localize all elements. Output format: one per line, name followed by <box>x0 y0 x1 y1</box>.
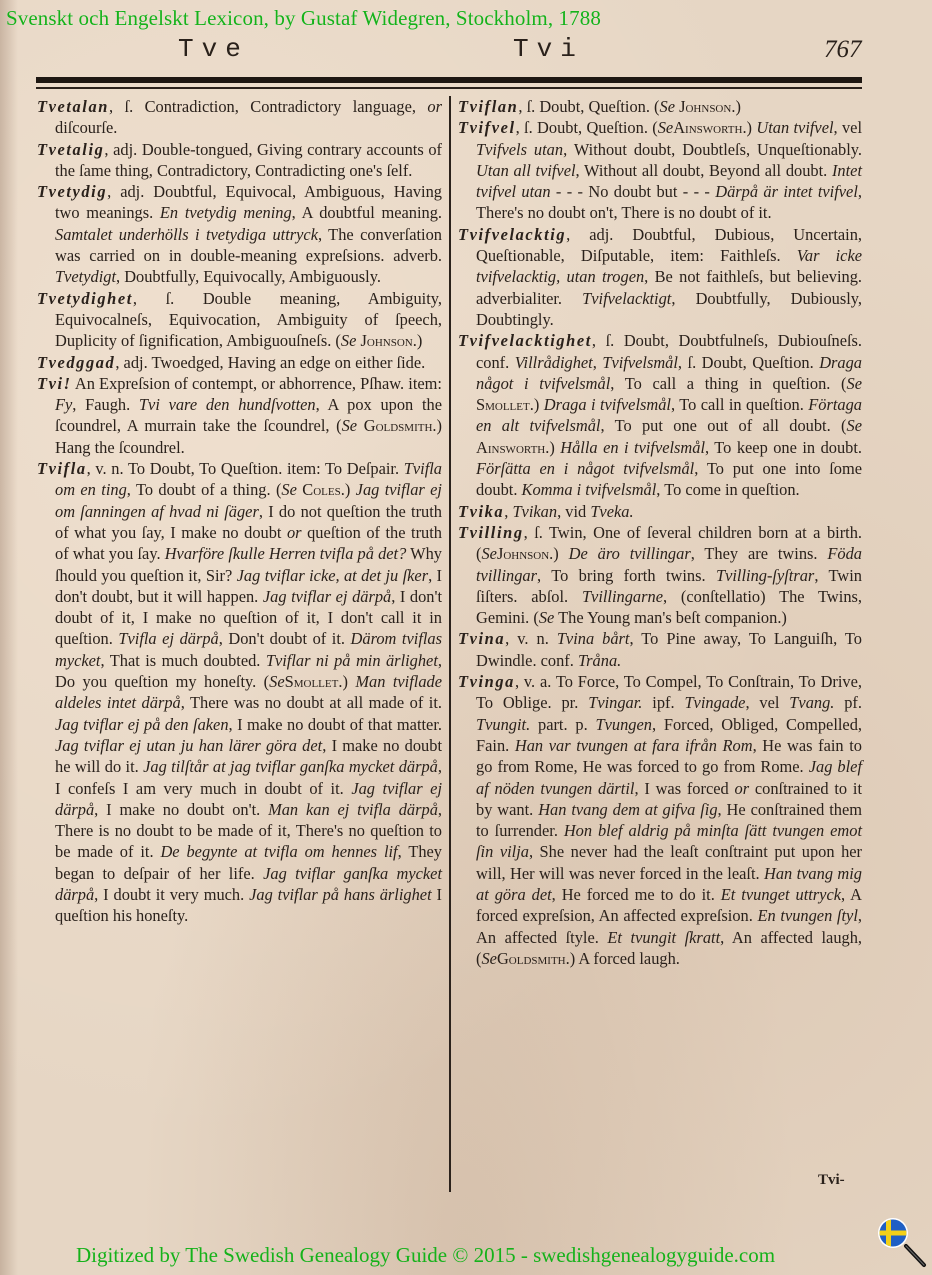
source-citation: Johnson. <box>361 331 417 350</box>
swedish-phrase: Utan tvifvel <box>756 118 833 137</box>
swedish-phrase: De begynte at tvifla om hennes lif <box>160 842 397 861</box>
definition-text: , I make no doubt of that matter. <box>229 715 442 734</box>
headword: Tvinga <box>458 672 515 691</box>
column-divider <box>449 96 451 1192</box>
swedish-phrase: Se <box>342 416 357 435</box>
dictionary-entry: Tvetydighet, ſ. Double meaning, Ambiguit… <box>37 288 442 352</box>
headword: Tvifvelacktighet <box>458 331 592 350</box>
definition-text: , ſ. Contradiction, Contradictory langua… <box>109 97 427 116</box>
swedish-phrase: Tvi vare den hundſvotten <box>139 395 316 414</box>
dictionary-entry: Tvetalan, ſ. Contradiction, Contradictor… <box>37 96 442 139</box>
dictionary-entry: Tvetydig, adj. Doubtful, Equivocal, Ambi… <box>37 181 442 287</box>
definition-text: , adj. Double-tongued, Giving contrary a… <box>55 140 442 180</box>
source-citation: Ainsworth. <box>476 438 549 457</box>
swedish-phrase: or <box>735 779 750 798</box>
swedish-phrase: Tvang. <box>789 693 834 712</box>
definition-text: ) <box>534 395 544 414</box>
swedish-phrase: Tvina bårt <box>557 629 630 648</box>
headword: Tvilling <box>458 523 524 542</box>
definition-text: , vel <box>834 118 862 137</box>
definition-text: , vel <box>745 693 789 712</box>
definition-text: , ſ. Doubt, Queſtion. ( <box>516 118 658 137</box>
swedish-phrase: Se <box>847 374 862 393</box>
definition-text: ) <box>342 672 355 691</box>
swedish-phrase: Tvingade <box>684 693 745 712</box>
swedish-phrase: Fy <box>55 395 72 414</box>
headword: Tvika <box>458 502 504 521</box>
definition-text: , To bring forth twins. <box>537 566 716 585</box>
definition-text: , ſ. Doubt, Queſtion. <box>678 353 819 372</box>
definition-text: , Faugh. <box>72 395 139 414</box>
definition-text: ipf. <box>642 693 684 712</box>
definition-text: ) <box>747 118 757 137</box>
dictionary-entry: Tvinga, v. a. To Force, To Compel, To Co… <box>458 671 862 969</box>
swedish-phrase: Tvifvels utan <box>476 140 563 159</box>
definition-text: The Young man's beſt companion.) <box>554 608 787 627</box>
definition-text: diſcourſe. <box>55 118 117 137</box>
source-citation: Goldsmith. <box>364 416 437 435</box>
source-citation: Ainsworth. <box>673 118 746 137</box>
definition-text <box>357 416 364 435</box>
swedish-phrase: En tvetydig mening <box>160 203 292 222</box>
definition-text: , <box>593 353 603 372</box>
swedish-phrase: Tvingar. <box>588 693 642 712</box>
swedish-phrase: Tvilling-ſyſtrar <box>716 566 814 585</box>
swedish-phrase: Jag tviflar ej därpå <box>263 587 391 606</box>
definition-text: , That is much doubted. <box>101 651 266 670</box>
swedish-phrase: Tvifvelsmål <box>602 353 678 372</box>
swedish-phrase: Se <box>847 416 862 435</box>
swedish-phrase: Jag tviflar på hans ärlighet <box>249 885 432 904</box>
swedish-phrase: Tråna. <box>578 651 621 670</box>
headword: Tvetalig <box>37 140 104 159</box>
definition-text: , A doubtful meaning. <box>292 203 442 222</box>
swedish-phrase: Komma i tvifvelsmål <box>522 480 657 499</box>
page-number: 767 <box>824 36 862 64</box>
definition-text: , Without all doubt, Beyond all doubt. <box>576 161 832 180</box>
definition-text: , To keep one in doubt. <box>705 438 862 457</box>
definition-text: , He forced me to do it. <box>552 885 721 904</box>
catchword: Tvi- <box>818 1172 845 1189</box>
source-citation: Coles. <box>302 480 345 499</box>
swedish-phrase: Villrådighet <box>515 353 593 372</box>
definition-text: , There was no doubt at all made of it. <box>181 693 442 712</box>
swedish-phrase: Jag tilſtår at jag tviflar ganſka mycket… <box>143 757 438 776</box>
definition-text: ) <box>553 544 568 563</box>
dictionary-entry: Tvifvelacktig, adj. Doubtful, Dubious, U… <box>458 224 862 330</box>
swedish-phrase: Tvifvelacktigt <box>582 289 671 308</box>
definition-text: ) A forced laugh. <box>570 949 680 968</box>
swedish-phrase: Se <box>539 608 554 627</box>
swedish-phrase: Han var tvungen at fara ifrån Rom <box>515 736 753 755</box>
swedish-phrase: Se <box>481 949 496 968</box>
running-head: Tve Tvi 767 <box>0 34 932 66</box>
swedish-phrase: Förſätta en i något tvifvelsmål <box>476 459 694 478</box>
swedish-phrase: Tvikan <box>512 502 557 521</box>
definition-text: , Doubtfully, Equivocally, Ambiguously. <box>116 267 381 286</box>
swedish-phrase: Et tvunget uttryck <box>721 885 841 904</box>
headword: Tvifvel <box>458 118 516 137</box>
swedish-phrase: Tvungit. <box>476 715 530 734</box>
header-rule-thick <box>36 77 862 83</box>
definition-text: - - - No doubt but - - - <box>551 182 716 201</box>
dictionary-entry: Tvika, Tvikan, vid Tveka. <box>458 501 862 522</box>
swedish-phrase: Tvungen <box>595 715 651 734</box>
definition-text: ) <box>345 480 356 499</box>
headword: Tviflan <box>458 97 518 116</box>
swedish-phrase: Hålla en i tvifvelsmål <box>560 438 705 457</box>
headword: Tvetydig <box>37 182 107 201</box>
running-head-right: Tvi <box>513 34 584 64</box>
definition-text: ) <box>417 331 422 350</box>
headword: Tvetalan <box>37 97 109 116</box>
definition-text: , To call in queſtion. <box>671 395 808 414</box>
dictionary-entry: Tviflan, ſ. Doubt, Queſtion. (Se Johnson… <box>458 96 862 117</box>
definition-text: , To doubt of a thing. ( <box>127 480 282 499</box>
headword: Tvetydighet <box>37 289 133 308</box>
swedish-phrase: Tvifla ej därpå <box>118 629 218 648</box>
definition-text: , I was forced <box>634 779 734 798</box>
source-citation: Johnson. <box>497 544 553 563</box>
swedish-phrase: Se <box>658 118 673 137</box>
dictionary-entry: Tvilling, ſ. Twin, One of ſeveral childr… <box>458 522 862 628</box>
definition-text: , I make no doubt on't. <box>94 800 268 819</box>
swedish-phrase: Han tvang dem at gifva ſig <box>538 800 717 819</box>
left-column: Tvetalan, ſ. Contradiction, Contradictor… <box>37 96 442 927</box>
swedish-flag-magnifier-icon <box>876 1216 928 1268</box>
swedish-phrase: Jag tviflar icke, at det ju ſker <box>237 566 428 585</box>
swedish-phrase: Tveka. <box>590 502 633 521</box>
definition-text: , To put one out of all doubt. ( <box>600 416 846 435</box>
headword: Tvedggad <box>37 353 115 372</box>
source-citation: Johnson. <box>679 97 735 116</box>
swedish-phrase: Et tvungit ſkratt <box>607 928 720 947</box>
right-column: Tviflan, ſ. Doubt, Queſtion. (Se Johnson… <box>458 96 862 969</box>
definition-text: , Don't doubt of it. <box>219 629 351 648</box>
definition-text: part. p. <box>530 715 595 734</box>
dictionary-entry: Tvifvelacktighet, ſ. Doubt, Doubtfulneſs… <box>458 330 862 500</box>
swedish-phrase: Tvillingarne <box>582 587 663 606</box>
dictionary-entry: Tvifla, v. n. To Doubt, To Queſtion. ite… <box>37 458 442 927</box>
definition-text: An Expreſsion of contempt, or abhorrence… <box>72 374 442 393</box>
swedish-phrase: Se <box>281 480 296 499</box>
swedish-phrase: Jag tviflar ej utan ju han lärer göra de… <box>55 736 322 755</box>
swedish-phrase: En tvungen ſtyl <box>758 906 858 925</box>
swedish-phrase: Se <box>481 544 496 563</box>
definition-text: , adj. Twoedged, Having an edge on eithe… <box>115 353 425 372</box>
digitized-footer: Digitized by The Swedish Genealogy Guide… <box>76 1243 775 1268</box>
page-edge-shadow <box>0 0 18 1275</box>
header-rule-thin <box>36 87 862 89</box>
definition-text: ) <box>735 97 740 116</box>
swedish-phrase: Hvarföre ſkulle Herren tvifla på det? <box>165 544 407 563</box>
dictionary-entry: Tvetalig, adj. Double-tongued, Giving co… <box>37 139 442 182</box>
swedish-phrase: Tvetydigt <box>55 267 116 286</box>
definition-text: , I doubt it very much. <box>94 885 249 904</box>
swedish-phrase: Se <box>660 97 675 116</box>
headword: Tvina <box>458 629 505 648</box>
swedish-phrase: Man kan ej tvifla därpå <box>268 800 438 819</box>
swedish-phrase: or <box>427 97 442 116</box>
headword: Tvifvelacktig <box>458 225 566 244</box>
headword: Tvifla <box>37 459 87 478</box>
swedish-phrase: Se <box>269 672 284 691</box>
source-citation: Smollet. <box>285 672 343 691</box>
running-head-left: Tve <box>178 34 249 64</box>
dictionary-entry: Tvi! An Expreſsion of contempt, or abhor… <box>37 373 442 458</box>
definition-text: , v. n. To Doubt, To Queſtion. item: To … <box>87 459 404 478</box>
dictionary-entry: Tvina, v. n. Tvina bårt, To Pine away, T… <box>458 628 862 671</box>
definition-text: ) <box>549 438 560 457</box>
source-banner: Svenskt och Engelskt Lexicon, by Gustaf … <box>6 6 601 31</box>
source-citation: Goldsmith. <box>497 949 570 968</box>
dictionary-entry: Tvedggad, adj. Twoedged, Having an edge … <box>37 352 442 373</box>
definition-text: , To come in queſtion. <box>656 480 799 499</box>
definition-text: , To call a thing in queſtion. ( <box>610 374 846 393</box>
definition-text: pf. <box>834 693 862 712</box>
definition-text: , ſ. Doubt, Queſtion. ( <box>518 97 659 116</box>
swedish-phrase: or <box>287 523 302 542</box>
definition-text: , Without doubt, Doubtleſs, Unqueſtionab… <box>563 140 862 159</box>
dictionary-entry: Tvifvel, ſ. Doubt, Queſtion. (SeAinswort… <box>458 117 862 223</box>
swedish-phrase: De äro tvillingar <box>569 544 691 563</box>
source-citation: Smollet. <box>476 395 534 414</box>
swedish-phrase: Därpå är intet tvifvel <box>715 182 858 201</box>
swedish-phrase: Se <box>341 331 356 350</box>
swedish-phrase: Samtalet underhölls i tvetydiga uttryck <box>55 225 318 244</box>
swedish-phrase: Jag tviflar ej på den ſaken <box>55 715 229 734</box>
definition-text: , vid <box>557 502 590 521</box>
headword: Tvi! <box>37 374 72 393</box>
swedish-phrase: Tviflar ni på min ärlighet <box>266 651 438 670</box>
definition-text: , v. n. <box>505 629 557 648</box>
swedish-phrase: Draga i tvifvelsmål <box>544 395 671 414</box>
swedish-phrase: Utan all tvifvel <box>476 161 576 180</box>
definition-text: , They are twins. <box>691 544 828 563</box>
